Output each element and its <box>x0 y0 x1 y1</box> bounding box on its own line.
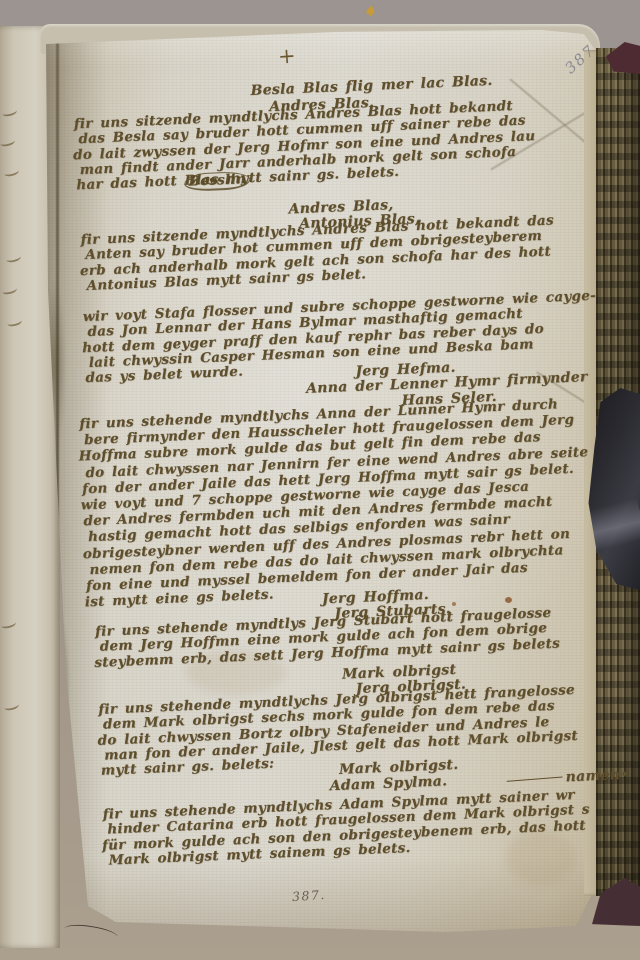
boxed-word: Besslin <box>184 171 250 192</box>
text-paragraph: fir uns sitzende myndtlychs Andres Blas … <box>80 213 556 294</box>
cross-mark: + <box>277 43 296 68</box>
bleedthrough-ink-mark <box>6 316 22 327</box>
paper-speck <box>365 4 376 17</box>
bleedthrough-ink-mark <box>1 284 17 295</box>
bleedthrough-ink-mark <box>0 136 16 147</box>
bleedthrough-ink-mark <box>3 700 19 711</box>
ink-folio-number: 387. <box>292 887 327 904</box>
handwriting-layer: Besla Blas flig mer lac Blas. Andres Bla… <box>58 60 615 927</box>
text-paragraph: fir uns stehende myndtlys Jerg Stubart h… <box>95 606 561 671</box>
bleedthrough-ink-mark <box>1 106 17 117</box>
manuscript-photo: + 387 Besla Blas flig mer lac Blas. Andr… <box>0 0 640 960</box>
bleedthrough-ink-mark <box>5 252 21 263</box>
text-paragraph: fir uns stehende myndtlychs Adam Spylma … <box>102 787 591 869</box>
text-paragraph: fir uns stehende myndtlychs Anna der Lun… <box>79 395 594 611</box>
text-paragraph: fir uns sitzende myndtlychs Andres Blas … <box>73 98 536 194</box>
bleedthrough-ink-mark <box>0 618 16 629</box>
bleedthrough-ink-mark <box>3 166 19 177</box>
